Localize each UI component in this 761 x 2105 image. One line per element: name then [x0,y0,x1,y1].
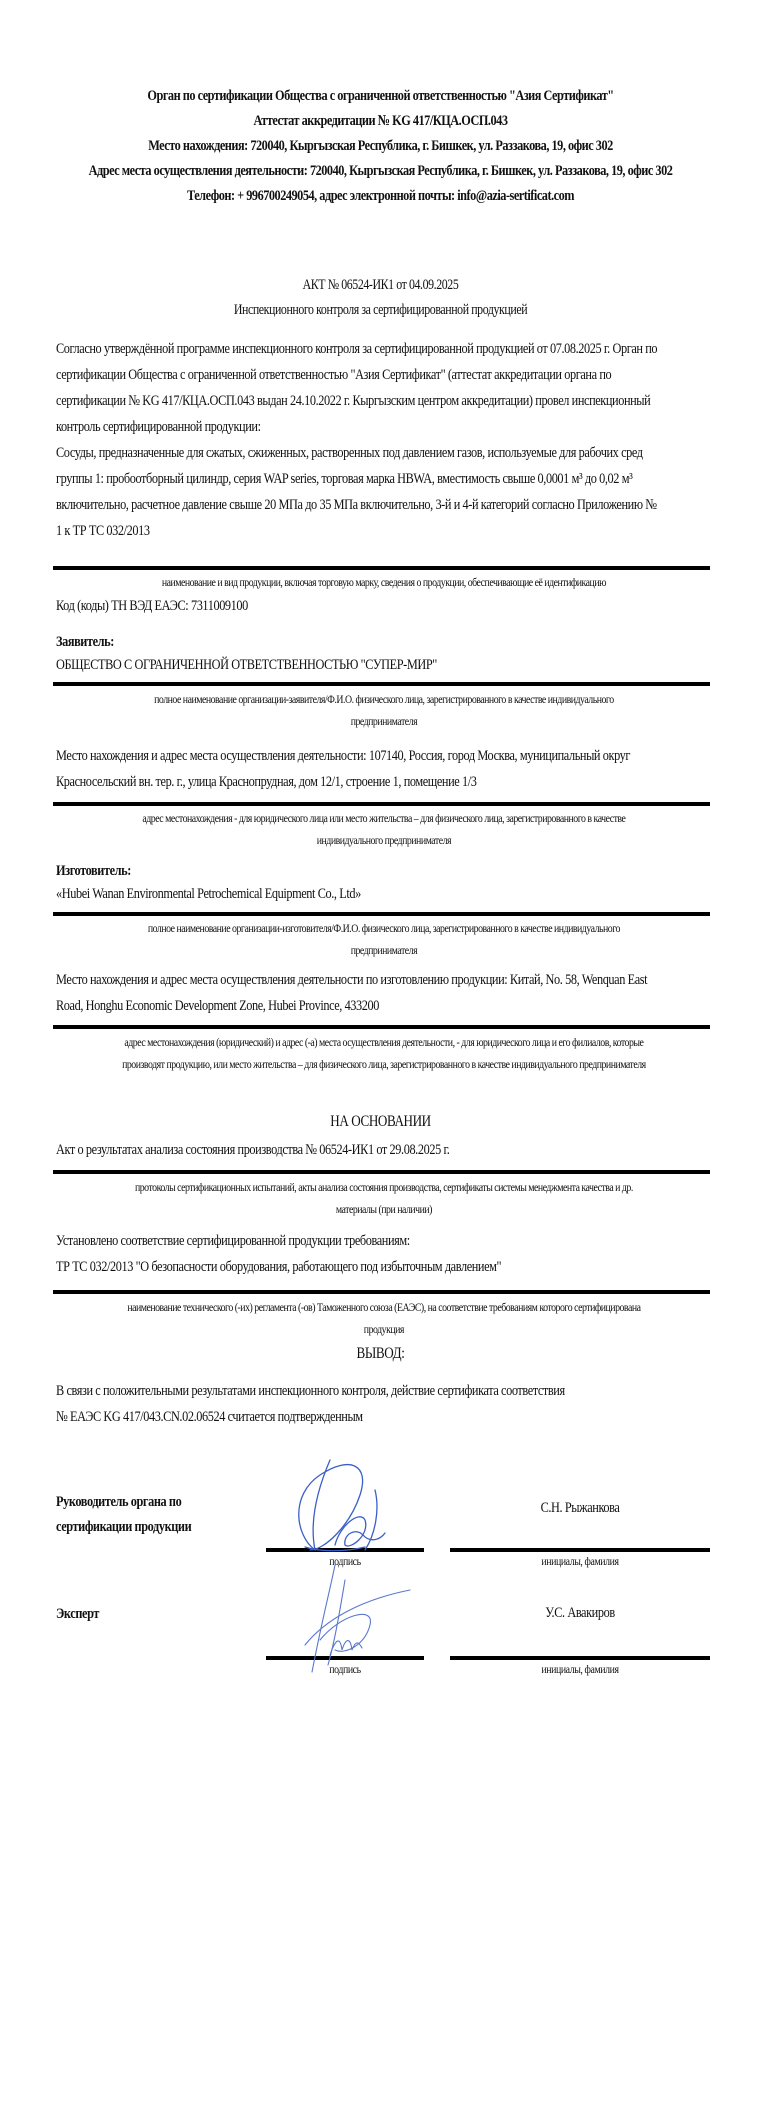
caption-line: полное наименование организации-заявител… [60,688,708,710]
product-line: группы 1: пробоотборный цилиндр, серия W… [56,466,712,492]
act-title: АКТ № 06524-ИК1 от 04.09.2025 [68,277,692,294]
caption-line: наименование технического (-их) регламен… [60,1296,708,1318]
issuer-activity-address: Адрес места осуществления деятельности: … [68,163,692,180]
caption-line: индивидуального предпринимателя [60,829,708,851]
divider [53,566,710,570]
signatory-name-expert: У.С. Авакиров [473,1605,686,1622]
address-line: Красносельский вн. тер. г., улица Красно… [56,769,712,795]
conclusion-heading: ВЫВОД: [68,1345,692,1363]
name-caption: инициалы, фамилия [473,1554,686,1569]
address-line: Место нахождения и адрес места осуществл… [56,967,712,993]
divider [53,802,710,806]
accreditation-certificate: Аттестат аккредитации № KG 417/КЦА.ОСП.0… [68,113,692,130]
name-line [450,1548,710,1552]
intro-line: контроль сертифицированной продукции: [56,414,712,440]
conclusion-line: В связи с положительными результатами ин… [56,1378,712,1404]
conformity-line: Установлено соответствие сертифицированн… [56,1228,712,1254]
conclusion-line: № ЕАЭС KG 417/043.CN.02.06524 считается … [56,1404,712,1430]
caption-line: полное наименование организации-изготови… [60,917,708,939]
role-line: Руководитель органа по [56,1490,191,1515]
applicant-address-caption: адрес местонахождения - для юридического… [60,807,708,851]
caption-line: материалы (при наличии) [60,1198,708,1220]
divider [53,1290,710,1294]
issuer-location: Место нахождения: 720040, Кыргызская Рес… [68,138,692,155]
product-line: 1 к ТР ТС 032/2013 [56,518,712,544]
intro-line: сертификации Общества с ограниченной отв… [56,362,712,388]
caption-line: адрес местонахождения - для юридического… [60,807,708,829]
manufacturer-name-caption: полное наименование организации-изготови… [60,917,708,961]
divider [53,912,710,916]
issuer-name: Орган по сертификации Общества с огранич… [68,88,692,105]
basis-heading: НА ОСНОВАНИИ [68,1113,692,1131]
intro-line: сертификации № KG 417/КЦА.ОСП.043 выдан … [56,388,712,414]
caption-line: предпринимателя [60,939,708,961]
applicant-name-caption: полное наименование организации-заявител… [60,688,708,732]
signature-icon [300,1560,420,1675]
conformity-text: Установлено соответствие сертифицированн… [56,1228,712,1280]
signature-icon [285,1455,395,1570]
caption-line: предпринимателя [60,710,708,732]
product-line: включительно, расчетное давление свыше 2… [56,492,712,518]
name-caption: инициалы, фамилия [473,1662,686,1677]
manufacturer-address: Место нахождения и адрес места осуществл… [56,967,712,1019]
divider [53,682,710,686]
manufacturer-address-caption: адрес местонахождения (юридический) и ад… [60,1031,708,1075]
name-line [450,1656,710,1660]
applicant-name: ОБЩЕСТВО С ОГРАНИЧЕННОЙ ОТВЕТСТВЕННОСТЬЮ… [56,652,712,678]
address-line: Место нахождения и адрес места осуществл… [56,743,712,769]
issuer-contacts: Телефон: + 996700249054, адрес электронн… [68,188,692,205]
product-caption: наименование и вид продукции, включая то… [60,571,708,593]
act-subtitle: Инспекционного контроля за сертифицирова… [68,302,692,319]
conclusion-text: В связи с положительными результатами ин… [56,1378,712,1430]
basis-text: Акт о результатах анализа состояния прои… [56,1137,712,1163]
basis-caption: протоколы сертификационных испытаний, ак… [60,1176,708,1220]
regulation-name: ТР ТС 032/2013 "О безопасности оборудова… [56,1254,712,1280]
product-line: Сосуды, предназначенные для сжатых, сжиж… [56,440,712,466]
caption-line: адрес местонахождения (юридический) и ад… [60,1031,708,1053]
applicant-address: Место нахождения и адрес места осуществл… [56,743,712,795]
intro-paragraph: Согласно утверждённой программе инспекци… [56,336,712,544]
signatory-role-head: Руководитель органа по сертификации прод… [56,1490,191,1540]
address-line: Road, Honghu Economic Development Zone, … [56,993,712,1019]
divider [53,1025,710,1029]
signatory-name-head: С.Н. Рыжанкова [473,1500,686,1517]
caption-line: производят продукцию, или место жительст… [60,1053,708,1075]
manufacturer-name: «Hubei Wanan Environmental Petrochemical… [56,881,712,907]
divider [53,1170,710,1174]
caption-line: продукция [60,1318,708,1340]
tn-ved-code: Код (коды) ТН ВЭД ЕАЭС: 7311009100 [56,593,712,619]
role-line: Эксперт [56,1602,99,1627]
intro-line: Согласно утверждённой программе инспекци… [56,336,712,362]
signatory-role-expert: Эксперт [56,1602,99,1627]
caption-line: протоколы сертификационных испытаний, ак… [60,1176,708,1198]
role-line: сертификации продукции [56,1515,191,1540]
conformity-caption: наименование технического (-их) регламен… [60,1296,708,1340]
